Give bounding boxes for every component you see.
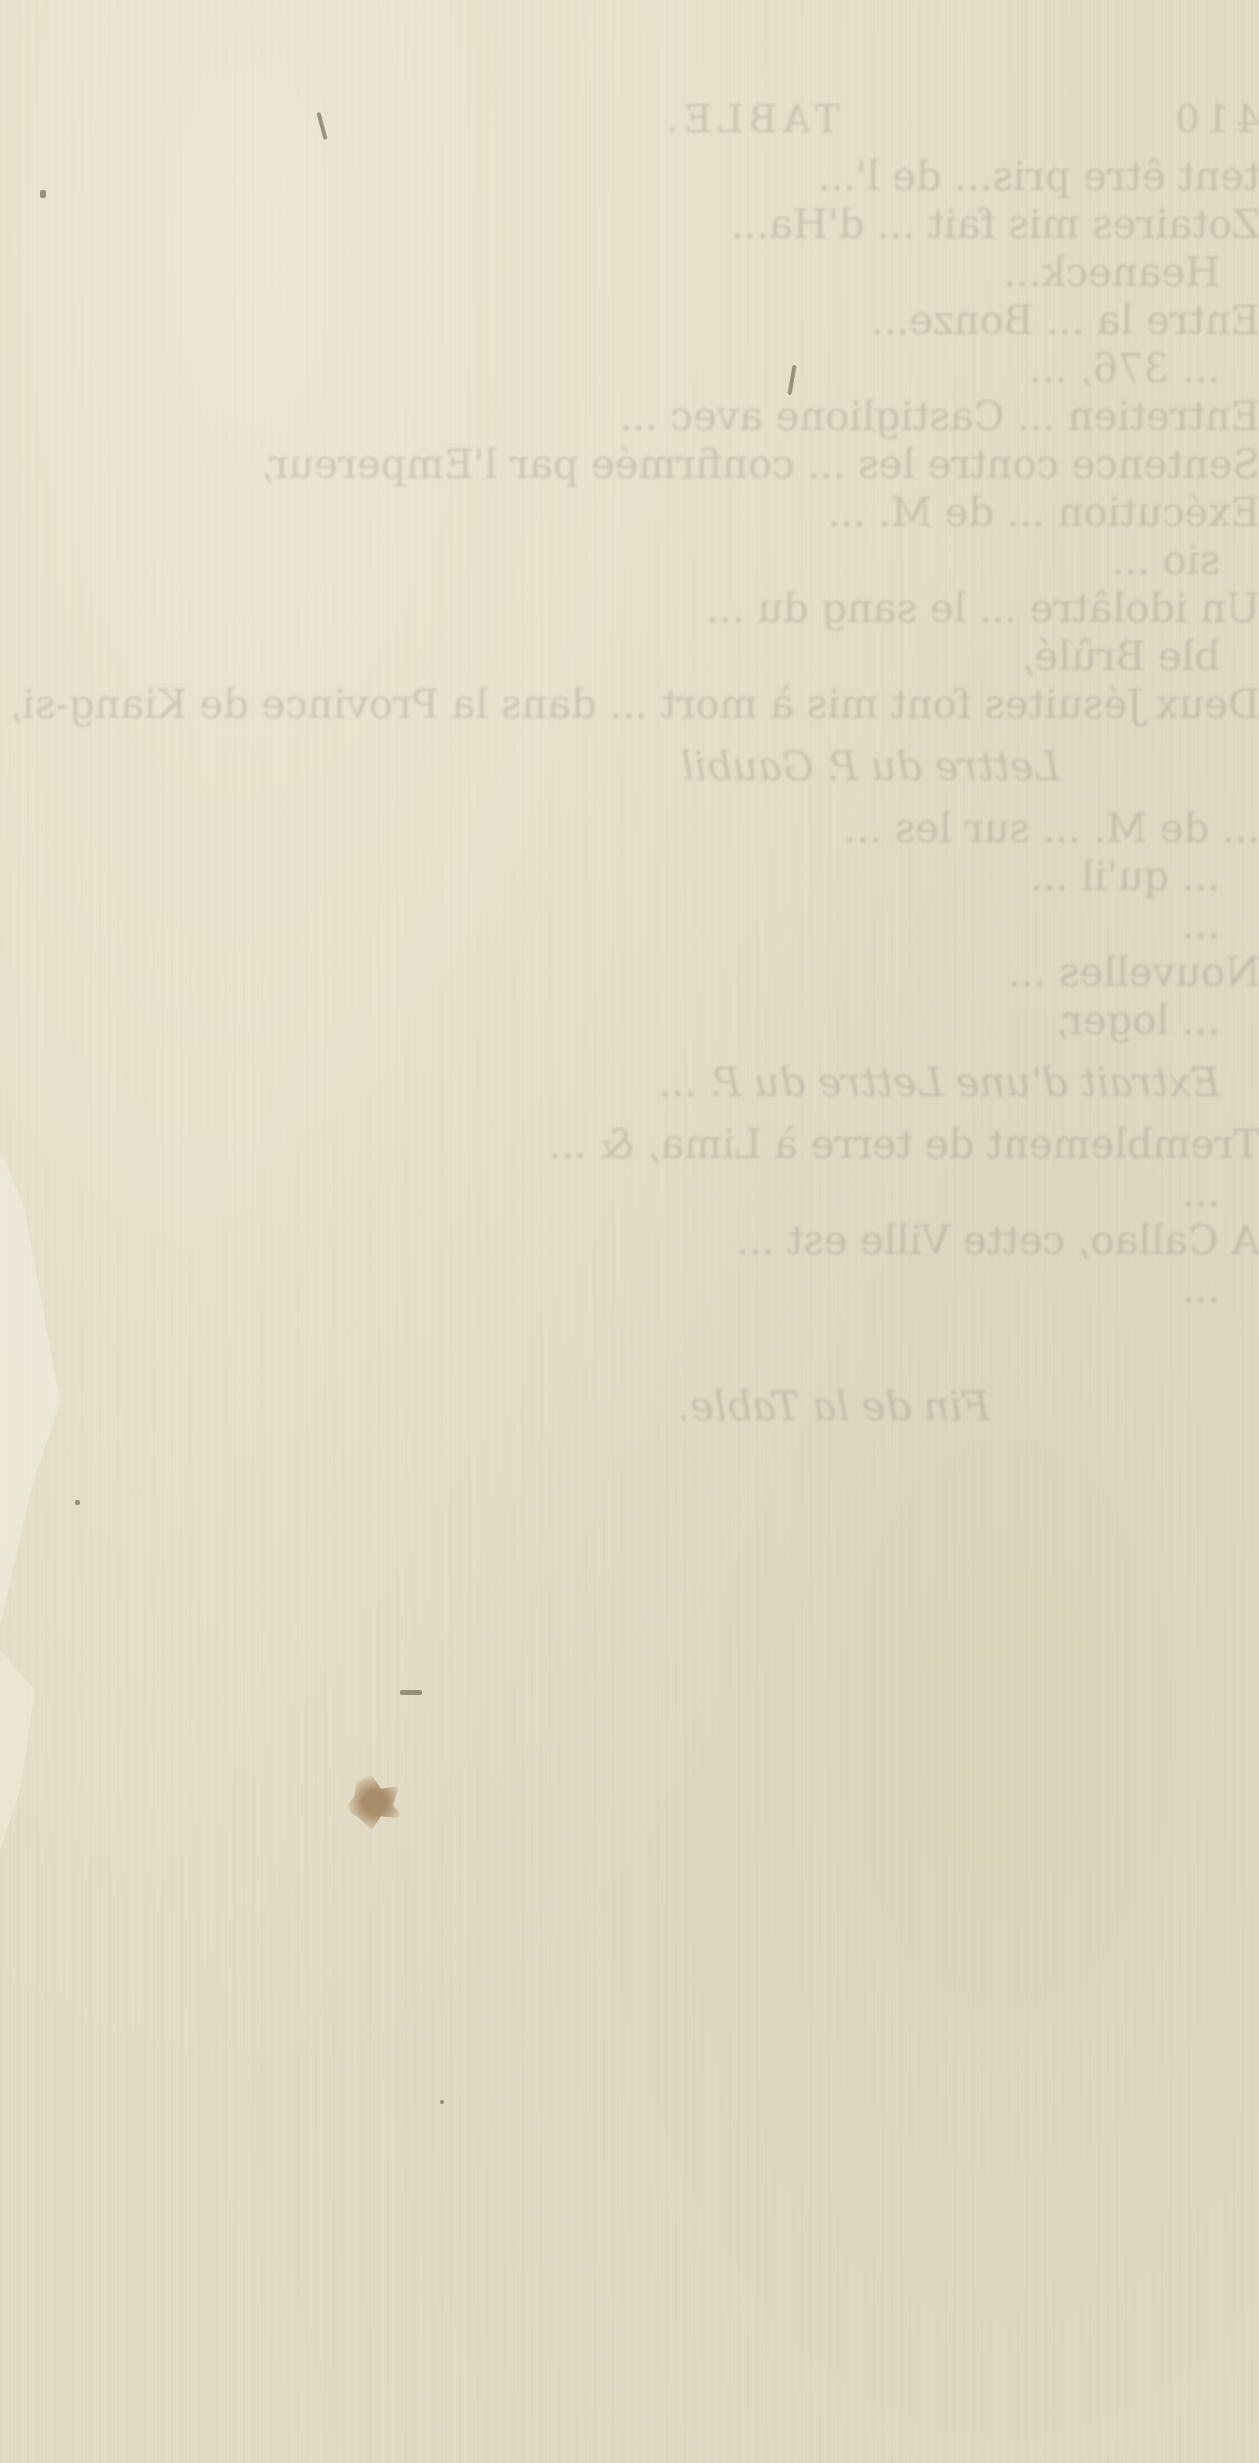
toc-line: ...: [300, 1169, 1259, 1217]
header-title: TABLE.: [660, 95, 840, 143]
toc-line: ... 376, ...: [300, 345, 1259, 393]
toc-line: Heaneck...: [300, 249, 1259, 297]
toc-line: ble Brûlé,: [300, 633, 1259, 681]
toc-line: Sentence contre les ... confirmée par l'…: [300, 441, 1259, 489]
paper-fleck: [440, 2100, 444, 2104]
toc-line: Exécution ... de M. ...: [300, 489, 1259, 537]
toc-line: Entretien ... Castiglione avec ...: [300, 393, 1259, 441]
section-heading: Lettre du P. Gaubil: [300, 743, 1259, 791]
toc-line: Zotaires mis fait ... d'Ha...: [300, 201, 1259, 249]
toc-line: Tremblement de terre à Lima, & ...: [300, 1121, 1259, 1169]
toc-line: ... qu'il ...: [300, 853, 1259, 901]
toc-line: ... loger,: [300, 997, 1259, 1045]
toc-line: A Callao, cette Ville est ...: [300, 1217, 1259, 1265]
toc-line: Un idolâtre ... le sang du ...: [300, 585, 1259, 633]
show-through-text: 410 TABLE. tent être pris... de l'... Zo…: [300, 95, 1259, 1431]
end-of-table: Fin de la Table.: [300, 1383, 1259, 1431]
toc-line: sio ...: [300, 537, 1259, 585]
toc-line: tent être pris... de l'...: [300, 153, 1259, 201]
toc-line: ...: [300, 901, 1259, 949]
toc-line: Deux Jésuites font mis à mort ... dans l…: [300, 681, 1259, 729]
toc-line: ... de M. ... sur les ...: [300, 805, 1259, 853]
section-heading: Extrait d'une Lettre du P. ...: [300, 1059, 1259, 1107]
page-number: 410: [1169, 95, 1259, 143]
toc-line: Nouvelles ...: [300, 949, 1259, 997]
paper-fleck: [400, 1690, 422, 1695]
toc-line: Entre la ... Bonze...: [300, 297, 1259, 345]
paper-fleck: [40, 190, 46, 198]
running-header: 410 TABLE.: [660, 95, 1259, 143]
toc-line: ...: [300, 1265, 1259, 1313]
paper-fleck: [75, 1500, 80, 1505]
